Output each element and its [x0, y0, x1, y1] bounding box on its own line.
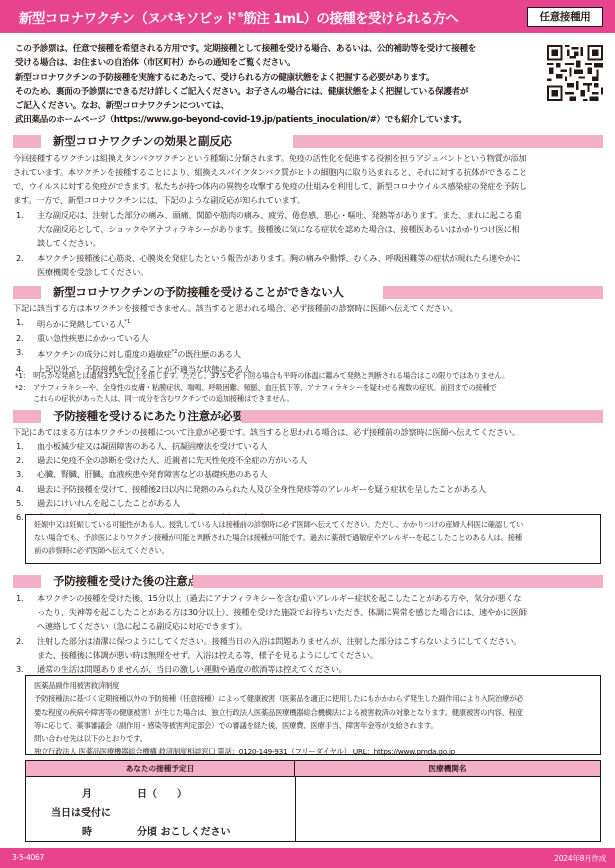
- paragraph-line: 今回接種するワクチンは組換えタンパクワクチンという種類に分類されます。免疫の活性…: [13, 151, 605, 165]
- month-field[interactable]: 月: [82, 785, 92, 800]
- item-text: 重い急性疾患にかかっている人: [37, 331, 605, 345]
- title-part: 新型コロナワクチン（ヌバキソビッド: [19, 11, 237, 27]
- header-accent-left: [13, 286, 41, 299]
- footnote-ref: *1: [124, 319, 130, 325]
- section-header-effects: 新型コロナワクチンの効果と副反応: [13, 135, 603, 148]
- appointment-header-row: あなたの接種予定日 医療機関名: [26, 761, 600, 777]
- page-title: 新型コロナワクチン（ヌバキソビッド®筋注 1mL）の接種を受けられる方へ: [19, 7, 458, 27]
- item-number: 2.: [13, 634, 37, 662]
- item-text: 過去に予防接種を受けて、接種後2日以内に発熱のみられた人及び全身性発疹等のアレル…: [37, 482, 605, 496]
- relief-contact-line: 独立行政法人 医薬品医療機器総合機構 救済制度相談窓口 電話：0120-149-…: [34, 745, 592, 758]
- document-code: 3-5-4067: [12, 853, 44, 862]
- relief-system-box: 医薬品副作用被害救済制度 予防接種法に基づく定期接種以外の予防接種（任意接種）に…: [25, 675, 601, 755]
- item-line: 本ワクチン接種後に心筋炎、心膜炎を発症したという報告があります。胸の痛みや動悸、…: [37, 251, 605, 265]
- list-item: 1. 本ワクチンの接種を受けた後、15分以上（過去にアナフィラキシーを含む重いア…: [13, 591, 605, 634]
- paragraph-line: ます。一方で、新型コロナワクチンには、下記のような副反応が知られています。: [13, 193, 605, 207]
- list-item: 4.過去に予防接種を受けて、接種後2日以内に発熱のみられた人及び全身性発疹等のア…: [13, 482, 605, 496]
- effects-paragraph: 今回接種するワクチンは組換えタンパクワクチンという種類に分類されます。免疫の活性…: [13, 151, 605, 207]
- relief-line: 要な程度の疾病や障害等の健康被害）が生じた場合は、独立行政法人医薬品医療機器総合…: [34, 706, 592, 719]
- item-text: 明らかに発熱している人*1: [37, 315, 605, 331]
- item-number: 1.: [13, 439, 37, 453]
- relief-line: 問い合わせ先は以下のとおりです。: [34, 732, 592, 745]
- item-line: ったり、失神等を起こしたことがある方は30分以上）、接種を受けた施設でお待ちいた…: [37, 605, 605, 619]
- relief-title: 医薬品副作用被害救済制度: [34, 679, 592, 692]
- footnote-text: アナフィラキシーや、全身性の皮膚・粘膜症状、喘鳴、呼吸困難、頻脈、血圧低下等、ア…: [33, 382, 497, 405]
- section-title: 予防接種を受けるにあたり注意が必要な人: [53, 409, 266, 424]
- item-line: 本ワクチンの成分に対し重度の過敏症: [37, 349, 172, 359]
- item-text: 本ワクチン接種後に心筋炎、心膜炎を発症したという報告があります。胸の痛みや動悸、…: [37, 251, 605, 279]
- header-accent-right: [241, 410, 603, 423]
- item-line: 明らかに発熱している人: [37, 319, 124, 329]
- voluntary-vaccination-badge: 任意接種用: [527, 7, 603, 27]
- item-number: 1.: [13, 315, 37, 331]
- list-item: 1.血小板減少症又は凝固障害のある人、抗凝固療法を受けている人: [13, 439, 605, 453]
- minute-field[interactable]: 分頃 おこしください: [137, 823, 230, 838]
- list-item: 2. 本ワクチン接種後に心筋炎、心膜炎を発症したという報告があります。胸の痛みや…: [13, 251, 605, 279]
- section-header-caution: 予防接種を受けるにあたり注意が必要な人: [13, 410, 603, 423]
- section-title: 新型コロナワクチンの予防接種を受けることができない人: [53, 285, 344, 300]
- relief-line: 予防接種法に基づく定期接種以外の予防接種（任意接種）によって健康被害（医薬品を適…: [34, 692, 592, 705]
- appointment-table: あなたの接種予定日 医療機関名 月 日（ ） 当日は受付に 時 分頃 おこしくだ…: [25, 760, 601, 842]
- item-text: 血小板減少症又は凝固障害のある人、抗凝固療法を受けている人: [37, 439, 605, 453]
- item-text: 過去に免疫不全の診断を受けた人、近親者に先天性免疫不全症の方がいる人: [37, 453, 605, 467]
- footnote-mark: *2：: [15, 382, 33, 405]
- footnote-text: 明らかな発熱とは通常37.5℃以上を指します。ただし、37.5℃を下回る場合も平…: [33, 370, 509, 382]
- cannot-list: 1. 明らかに発熱している人*1 2. 重い急性疾患にかかっている人 3. 本ワ…: [13, 315, 605, 376]
- header-accent-left: [13, 410, 41, 423]
- item-line: 主な副反応は、注射した部分の痛み、頭痛、関節や筋肉の痛み、疲労、倦怠感、悪心・嘔…: [37, 208, 605, 222]
- list-item: 3.心臓、腎臓、肝臓、血液疾患や発育障害などの基礎疾患のある人: [13, 467, 605, 481]
- intro-line: ご記入ください。なお、新型コロナワクチンについては、: [15, 99, 535, 113]
- item-number: 2.: [13, 331, 37, 345]
- header-accent-right: [193, 575, 603, 588]
- list-item: 2. 重い急性疾患にかかっている人: [13, 331, 605, 345]
- header-bar: 新型コロナワクチン（ヌバキソビッド®筋注 1mL）の接種を受けられる方へ 任意接…: [0, 0, 615, 33]
- list-item: 5.過去にけいれんを起こしたことがある人: [13, 496, 605, 510]
- notice-line: ない場合でも、予診医によりワクチン接種が可能と判断された場合は接種が可能です。過…: [34, 531, 592, 544]
- item-line: の既往歴のある人: [177, 349, 241, 359]
- footnote: *1： 明らかな発熱とは通常37.5℃以上を指します。ただし、37.5℃を下回る…: [15, 370, 605, 382]
- intro-line: 新型コロナワクチンの予防接種を実施するにあたって、受けられる方の健康状態をよく把…: [15, 71, 535, 85]
- item-text: 本ワクチンの成分に対し重度の過敏症*2の既往歴のある人: [37, 345, 605, 361]
- notice-line: 妊娠中又は妊娠している可能性がある人、授乳している人は接種前の診察時に必ず医師へ…: [34, 518, 592, 531]
- side-effects-list: 1. 主な副反応は、注射した部分の痛み、頭痛、関節や筋肉の痛み、疲労、倦怠感、悪…: [13, 208, 605, 279]
- cannot-intro: 下記に該当する方は本ワクチンを接種できません。該当すると思われる場合、必ず接種前…: [13, 301, 605, 315]
- list-item: 1. 主な副反応は、注射した部分の痛み、頭痛、関節や筋肉の痛み、疲労、倦怠感、悪…: [13, 208, 605, 251]
- clinic-name-header: 医療機関名: [295, 761, 600, 776]
- item-text: 心臓、腎臓、肝臓、血液疾患や発育障害などの基礎疾患のある人: [37, 467, 605, 481]
- hour-field[interactable]: 時: [82, 823, 92, 838]
- item-line: へ連絡してください（急に起こる副反応に対応できます）。: [37, 619, 605, 633]
- item-line: 大な副反応として、ショックやアナフィラキシーがあります。接種後に気になる症状を認…: [37, 222, 605, 236]
- header-accent-left: [13, 575, 41, 588]
- item-text: 本ワクチンの接種を受けた後、15分以上（過去にアナフィラキシーを含む重いアレルギ…: [37, 591, 605, 634]
- item-number: 2.: [13, 251, 37, 279]
- footnote-line: これらの症状があった人は、同一成分を含むワクチンでの追加接種はできません。: [33, 393, 497, 405]
- header-accent-right: [383, 286, 603, 299]
- intro-line: この予診票は、任意で接種を希望される方用です。定期接種として接種を受ける場合、あ…: [15, 42, 535, 56]
- caution-list: 1.血小板減少症又は凝固障害のある人、抗凝固療法を受けている人 2.過去に免疫不…: [13, 439, 605, 524]
- section-header-cannot: 新型コロナワクチンの予防接種を受けることができない人: [13, 286, 603, 299]
- footer-bar: 3-5-4067 2024年8月作成: [0, 848, 615, 868]
- item-line: 注射した部分は清潔に保つようにしてください。接種当日の入浴は問題ありませんが、注…: [37, 634, 605, 648]
- item-number: 5.: [13, 496, 37, 510]
- column-divider: [295, 777, 296, 841]
- day-field[interactable]: 日（ ）: [137, 785, 187, 800]
- list-item: 2. 注射した部分は清潔に保つようにしてください。接種当日の入浴は問題ありません…: [13, 634, 605, 662]
- list-item: 3. 本ワクチンの成分に対し重度の過敏症*2の既往歴のある人: [13, 345, 605, 361]
- header-accent-left: [13, 135, 41, 148]
- creation-date: 2024年8月作成: [554, 853, 606, 864]
- header-accent-right: [293, 135, 603, 148]
- section-title: 予防接種を受けた後の注意点: [53, 574, 199, 589]
- clinic-name-field[interactable]: [306, 785, 591, 835]
- intro-text: この予診票は、任意で接種を希望される方用です。定期接種として接種を受ける場合、あ…: [15, 42, 535, 128]
- list-item: 1. 明らかに発熱している人*1: [13, 315, 605, 331]
- item-number: 1.: [13, 208, 37, 251]
- item-text: 主な副反応は、注射した部分の痛み、頭痛、関節や筋肉の痛み、疲労、倦怠感、悪心・嘔…: [37, 208, 605, 251]
- item-line: また、接種後に体調が悪い時は無理をせず、入浴は控える等、様子を見るようにしてくだ…: [37, 648, 605, 662]
- relief-line: 等に応じて、薬事審議会（副作用・感染等被害判定部会）での審議を経た後、医療費、医…: [34, 719, 592, 732]
- paragraph-line: されています。本ワクチンを接種することにより、組換えスパイクタンパク質がヒトの細…: [13, 165, 605, 179]
- item-line: 本ワクチンの接種を受けた後、15分以上（過去にアナフィラキシーを含む重いアレルギ…: [37, 591, 605, 605]
- title-part: 筋注 1mL）の接種を受けられる方へ: [243, 11, 458, 27]
- footnotes: *1： 明らかな発熱とは通常37.5℃以上を指します。ただし、37.5℃を下回る…: [15, 370, 605, 405]
- caution-intro: 下記にあてはまる方は本ワクチンの接種について注意が必要です。該当すると思われる場…: [13, 425, 605, 439]
- item-number: 4.: [13, 482, 37, 496]
- notice-line: 前の診察時に必ず医師へ伝えてください。: [34, 544, 592, 557]
- intro-line-homepage: 武田薬品のホームページ（https://www.go-beyond-covid-…: [15, 113, 535, 127]
- pregnancy-notice-box: 妊娠中又は妊娠している可能性がある人、授乳している人は接種前の診察時に必ず医師へ…: [25, 514, 601, 564]
- footnote: *2： アナフィラキシーや、全身性の皮膚・粘膜症状、喘鳴、呼吸困難、頻脈、血圧低…: [15, 382, 605, 405]
- intro-line: 受ける場合は、お住まいの自治体（市区町村）からの通知をご覧ください。: [15, 56, 535, 70]
- footnote-line: アナフィラキシーや、全身性の皮膚・粘膜症状、喘鳴、呼吸困難、頻脈、血圧低下等、ア…: [33, 382, 497, 394]
- qr-code-icon[interactable]: [547, 45, 603, 101]
- intro-line: そのため、裏面の予診票にできるだけ詳しくご記入ください。お子さんの場合には、健康…: [15, 85, 535, 99]
- section-title: 新型コロナワクチンの効果と副反応: [53, 134, 232, 149]
- footnote-mark: *1：: [15, 370, 33, 382]
- appointment-date-header: あなたの接種予定日: [26, 761, 295, 776]
- item-line: 談してください。: [37, 236, 605, 250]
- item-number: 3.: [13, 345, 37, 361]
- reception-label: 当日は受付に: [51, 804, 111, 819]
- item-number: 3.: [13, 467, 37, 481]
- item-line: 医療機関を受診してください。: [37, 265, 605, 279]
- item-text: 過去にけいれんを起こしたことがある人: [37, 496, 605, 510]
- after-list: 1. 本ワクチンの接種を受けた後、15分以上（過去にアナフィラキシーを含む重いア…: [13, 591, 605, 676]
- section-header-after: 予防接種を受けた後の注意点: [13, 575, 603, 588]
- item-text: 注射した部分は清潔に保つようにしてください。接種当日の入浴は問題ありませんが、注…: [37, 634, 605, 662]
- list-item: 2.過去に免疫不全の診断を受けた人、近親者に先天性免疫不全症の方がいる人: [13, 453, 605, 467]
- item-number: 2.: [13, 453, 37, 467]
- paragraph-line: で、ウイルスに対する免疫ができます。私たちが持つ体内の異物を攻撃する免疫の仕組み…: [13, 179, 605, 193]
- item-number: 1.: [13, 591, 37, 634]
